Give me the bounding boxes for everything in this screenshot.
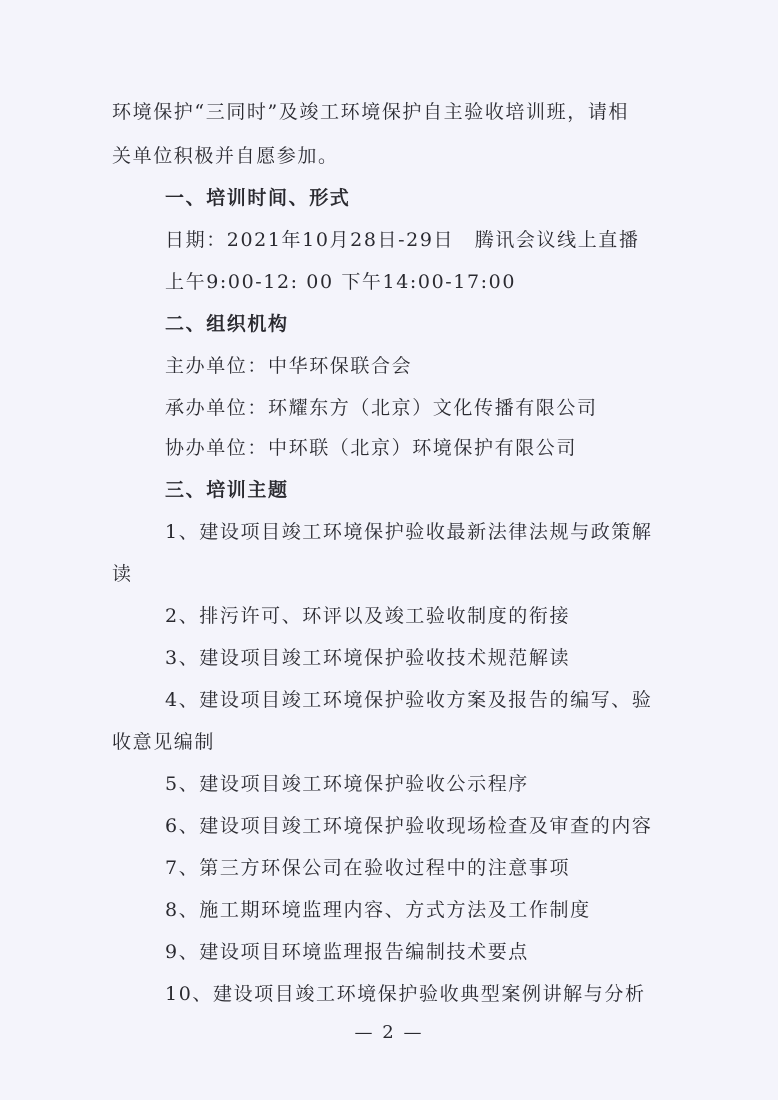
intro-line-1: 环境保护“三同时”及竣工环境保护自主验收培训班，请相 (112, 100, 629, 124)
training-date: 日期：2021年10月28日-29日 腾讯会议线上直播 (165, 228, 640, 252)
page-number: — 2 — (0, 1022, 778, 1043)
intro-line-2: 关单位积极并自愿参加。 (112, 144, 339, 168)
topic-7: 7、第三方环保公司在验收过程中的注意事项 (165, 856, 570, 880)
document-page: 环境保护“三同时”及竣工环境保护自主验收培训班，请相 关单位积极并自愿参加。 一… (0, 0, 778, 1100)
topic-1-continued: 读 (112, 562, 133, 586)
topic-4: 4、建设项目竣工环境保护验收方案及报告的编写、验 (165, 688, 653, 712)
topic-6: 6、建设项目竣工环境保护验收现场检查及审查的内容 (165, 814, 653, 838)
topic-10: 10、建设项目竣工环境保护验收典型案例讲解与分析 (165, 982, 646, 1006)
topic-3: 3、建设项目竣工环境保护验收技术规范解读 (165, 646, 570, 670)
section-heading-3: 三、培训主题 (165, 478, 289, 502)
topic-8: 8、施工期环境监理内容、方式方法及工作制度 (165, 898, 591, 922)
co-organizer-unit: 协办单位：中环联（北京）环境保护有限公司 (165, 436, 577, 460)
section-heading-2: 二、组织机构 (165, 312, 289, 336)
topic-1: 1、建设项目竣工环境保护验收最新法律法规与政策解 (165, 520, 653, 544)
training-time: 上午9:00-12: 00 下午14:00-17:00 (165, 270, 516, 294)
section-heading-1: 一、培训时间、形式 (165, 186, 350, 210)
topic-2: 2、排污许可、环评以及竣工验收制度的衔接 (165, 604, 570, 628)
topic-5: 5、建设项目竣工环境保护验收公示程序 (165, 772, 529, 796)
topic-4-continued: 收意见编制 (112, 730, 215, 754)
organizer-unit: 承办单位：环耀东方（北京）文化传播有限公司 (165, 396, 598, 420)
host-unit: 主办单位：中华环保联合会 (165, 354, 412, 378)
topic-9: 9、建设项目环境监理报告编制技术要点 (165, 940, 529, 964)
